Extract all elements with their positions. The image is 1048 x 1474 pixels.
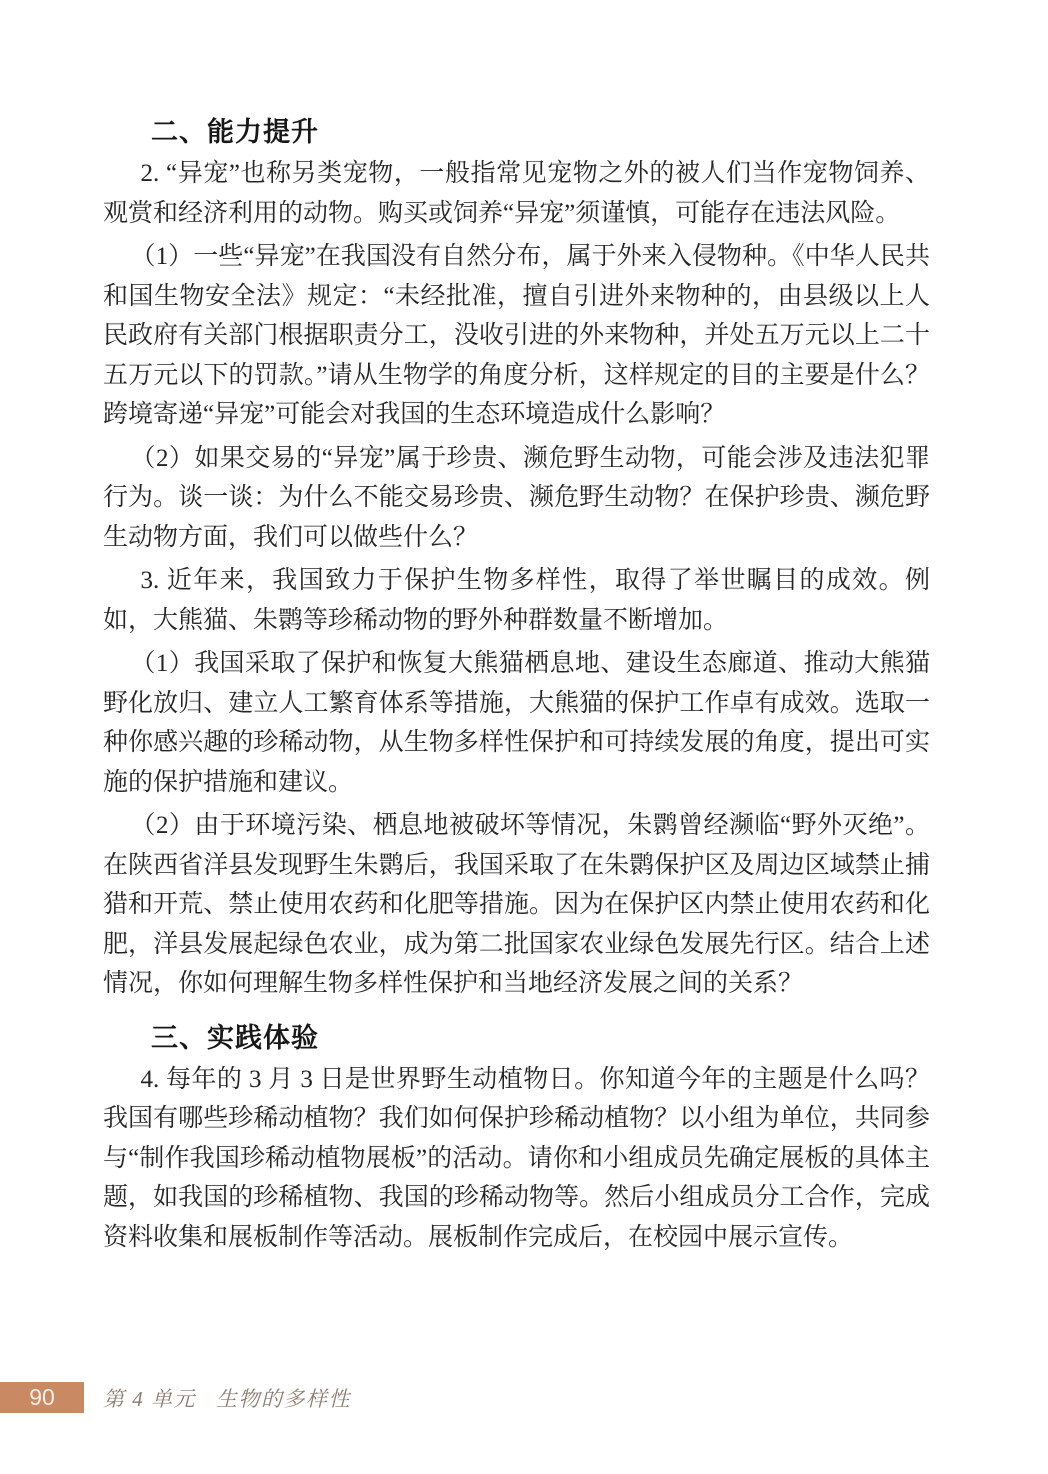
- paragraph-question-3-sub2: （2）由于环境污染、栖息地被破坏等情况，朱鹮曾经濒临“野外灭绝”。在陕西省洋县发…: [103, 806, 930, 1004]
- section-heading-practice: 三、实践体验: [151, 1018, 930, 1058]
- paragraph-question-4: 4. 每年的 3 月 3 日是世界野生动植物日。你知道今年的主题是什么吗？我国有…: [103, 1060, 930, 1258]
- page-number-badge: 90: [0, 1382, 84, 1413]
- paragraph-question-2: 2. “异宠”也称另类宠物，一般指常见宠物之外的被人们当作宠物饲养、观赏和经济利…: [103, 154, 930, 233]
- section-heading-ability: 二、能力提升: [151, 112, 930, 152]
- paragraph-question-2-sub2: （2）如果交易的“异宠”属于珍贵、濒危野生动物，可能会涉及违法犯罪行为。谈一谈：…: [103, 439, 930, 558]
- paragraph-question-3: 3. 近年来，我国致力于保护生物多样性，取得了举世瞩目的成效。例如，大熊猫、朱鹮…: [103, 561, 930, 640]
- paragraph-question-2-sub1: （1）一些“异宠”在我国没有自然分布，属于外来入侵物种。《中华人民共和国生物安全…: [103, 237, 930, 435]
- footer-book-title: 生物的多样性: [216, 1383, 351, 1413]
- paragraph-question-3-sub1: （1）我国采取了保护和恢复大熊猫栖息地、建设生态廊道、推动大熊猫野化放归、建立人…: [103, 644, 930, 802]
- footer-caption: 第 4 单元生物的多样性: [103, 1382, 351, 1413]
- exercise-text-block: 二、能力提升 2. “异宠”也称另类宠物，一般指常见宠物之外的被人们当作宠物饲养…: [103, 112, 930, 1261]
- textbook-page: 二、能力提升 2. “异宠”也称另类宠物，一般指常见宠物之外的被人们当作宠物饲养…: [0, 0, 1048, 1474]
- footer-unit-label: 第 4 单元: [103, 1383, 196, 1413]
